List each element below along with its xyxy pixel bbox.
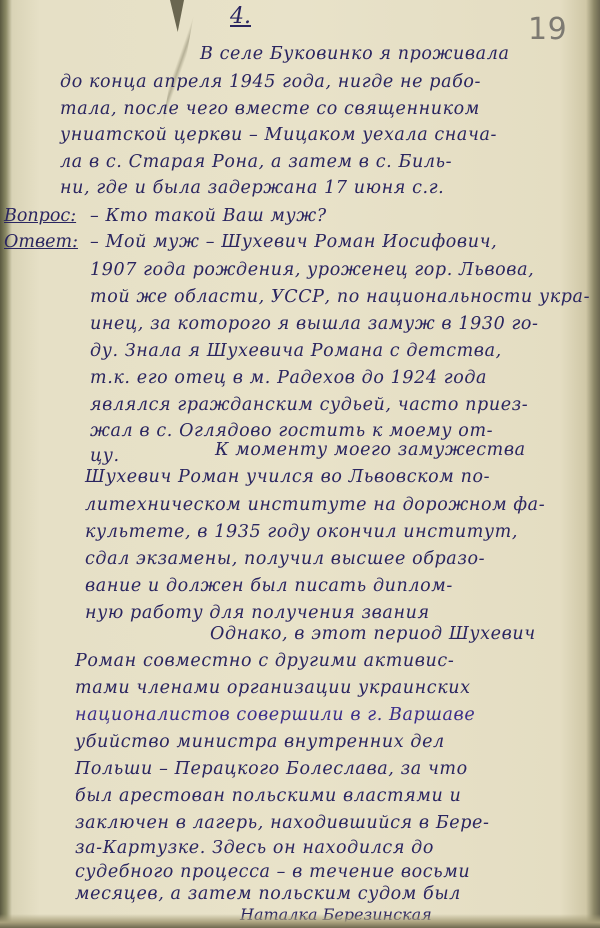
question-text: – Кто такой Ваш муж? [90, 206, 327, 226]
sheet-number: 19 [528, 12, 567, 47]
answer-line: цу. [90, 446, 120, 466]
paragraph-line: убийство министра внутренних дел [75, 732, 445, 752]
paragraph-line: за-Картузке. Здесь он находился до [75, 838, 434, 858]
paragraph-line: культете, в 1935 году окончил институт, [85, 522, 518, 542]
paragraph-line: Польши – Перацкого Болеслава, за что [75, 759, 468, 779]
paragraph-line: националистов совершили в г. Варшаве [75, 705, 475, 725]
paragraph-line: Роман совместно с другими активис- [75, 651, 454, 671]
answer-line: ду. Знала я Шухевича Романа с детства, [90, 341, 502, 361]
paragraph-line: вание и должен был писать диплом- [85, 576, 453, 596]
answer-line: жал в с. Оглядово гостить к моему от- [90, 421, 493, 441]
paragraph-line: тами членами организации украинских [75, 678, 471, 698]
answer-line: т.к. его отец в м. Радехов до 1924 года [90, 368, 487, 388]
paragraph-line: литехническом институте на дорожном фа- [85, 495, 545, 515]
text-line: ла в с. Старая Рона, а затем в с. Биль- [60, 152, 452, 172]
page-bottom-edge [0, 914, 600, 928]
answer-line: являлся гражданским судьей, часто приез- [90, 395, 528, 415]
paragraph-line: месяцев, а затем польским судом был [75, 884, 461, 904]
answer-label: Ответ: [4, 232, 78, 252]
text-line: униатской церкви – Мицаком уехала снача- [60, 125, 497, 145]
paragraph-line: судебного процесса – в течение восьми [75, 862, 470, 882]
text-line: до конца апреля 1945 года, нигде не рабо… [60, 72, 481, 92]
question-label: Вопрос: [4, 206, 76, 226]
document-page: 4. 19 В селе Буковинко я проживала до ко… [0, 0, 600, 928]
paragraph-line: был арестован польскими властями и [75, 786, 461, 806]
answer-line: 1907 года рождения, уроженец гор. Львова… [90, 260, 534, 280]
paragraph-line: Шухевич Роман учился во Львовском по- [85, 467, 490, 487]
answer-line: инец, за которого я вышла замуж в 1930 г… [90, 314, 539, 334]
answer-line: – Мой муж – Шухевич Роман Иосифович, [90, 232, 497, 252]
page-number: 4. [230, 4, 251, 29]
text-line: тала, после чего вместе со священником [60, 99, 480, 119]
paragraph-line: заключен в лагерь, находившийся в Бере- [75, 813, 490, 833]
text-line: В селе Буковинко я проживала [200, 44, 510, 64]
text-line: ни, где и была задержана 17 июня с.г. [60, 178, 444, 198]
paragraph-line: сдал экзамены, получил высшее образо- [85, 549, 485, 569]
paragraph-line: ную работу для получения звания [85, 603, 430, 623]
paragraph-line: К моменту моего замужества [215, 440, 526, 460]
paragraph-line: Однако, в этот период Шухевич [210, 624, 536, 644]
answer-line: той же области, УССР, по национальности … [90, 287, 590, 307]
